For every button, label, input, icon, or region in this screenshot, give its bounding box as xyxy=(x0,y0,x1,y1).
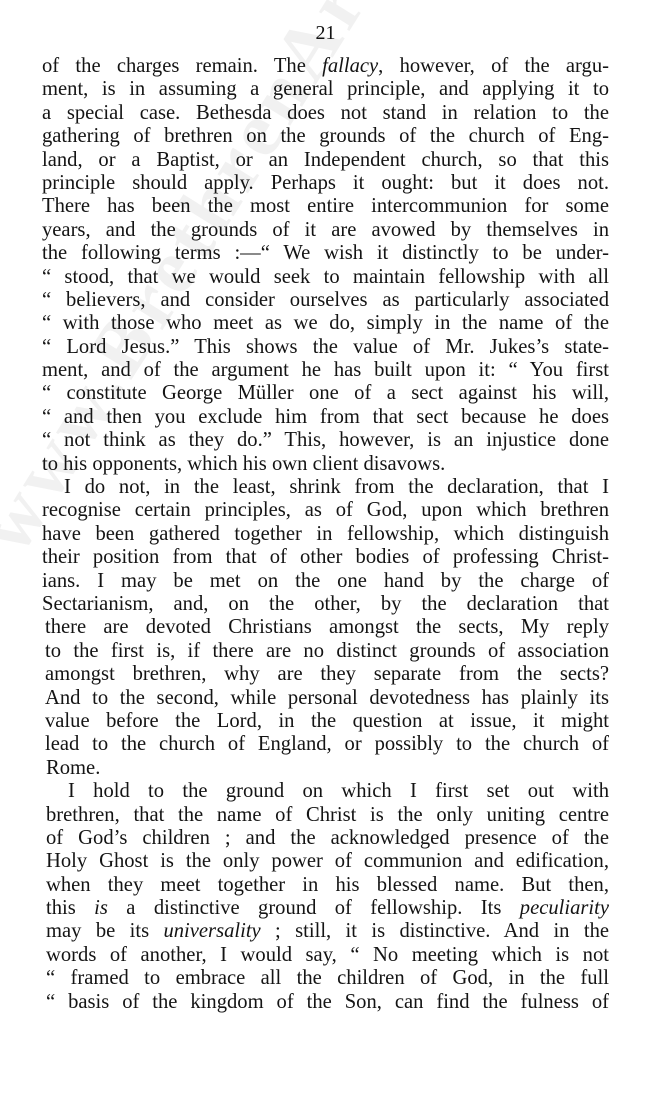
text-run: ians. I may be met on the one hand by th… xyxy=(42,570,609,592)
text-line: of the charges remain. The fallacy, howe… xyxy=(42,55,609,78)
text-run: There has been the most entire intercomm… xyxy=(42,195,609,217)
text-run: have been gathered together in fellowshi… xyxy=(42,523,609,545)
text-run: to the first is, if there are no distinc… xyxy=(45,640,609,662)
text-run: , however, of the argu- xyxy=(378,55,609,77)
text-run: of the charges remain. The xyxy=(42,55,322,77)
text-run: there are devoted Christians amongst the… xyxy=(45,616,609,638)
text-run: years, and the grounds of it are avowed … xyxy=(42,219,609,241)
text-line: words of another, I would say, “ No meet… xyxy=(46,944,609,967)
text-line: recognise certain principles, as of God,… xyxy=(42,499,609,522)
text-run: “ Lord Jesus.” This shows the value of M… xyxy=(42,336,609,358)
italic-text: is xyxy=(94,897,108,919)
text-run: the following terms :—“ We wish it disti… xyxy=(42,242,609,264)
text-run: Sectarianism, and, on the other, by the … xyxy=(42,593,609,615)
text-run: of God’s children ; and the acknowledged… xyxy=(46,827,609,849)
text-line: land, or a Baptist, or an Independent ch… xyxy=(42,149,609,172)
text-run: “ and then you exclude him from that sec… xyxy=(42,406,609,428)
text-run: And to the second, while personal devote… xyxy=(45,687,609,709)
text-line: amongst brethren, why are they separate … xyxy=(45,663,609,686)
text-line: ment, is in assuming a general principle… xyxy=(42,78,609,101)
text-run: principle should apply. Perhaps it ought… xyxy=(42,172,609,194)
page-number: 21 xyxy=(42,18,609,48)
text-line: Rome. xyxy=(46,757,609,780)
text-line: their position from that of other bodies… xyxy=(42,546,609,569)
text-line: brethren, that the name of Christ is the… xyxy=(46,804,609,827)
text-line: to his opponents, which his own client d… xyxy=(42,453,609,476)
text-line: the following terms :—“ We wish it disti… xyxy=(42,242,609,265)
text-line: lead to the church of England, or possib… xyxy=(45,733,609,756)
text-line: Sectarianism, and, on the other, by the … xyxy=(42,593,609,616)
text-run: words of another, I would say, “ No meet… xyxy=(46,944,609,966)
text-line: when they meet together in his blessed n… xyxy=(46,874,609,897)
text-line: “ believers, and consider ourselves as p… xyxy=(42,289,609,312)
text-run: “ with those who meet as we do, simply i… xyxy=(42,312,609,334)
text-line: I do not, in the least, shrink from the … xyxy=(42,476,609,499)
text-line: to the first is, if there are no distinc… xyxy=(45,640,609,663)
text-line: “ constitute George Müller one of a sect… xyxy=(42,382,609,405)
text-run: I hold to the ground on which I first se… xyxy=(68,780,609,802)
text-run: “ constitute George Müller one of a sect… xyxy=(42,382,609,404)
text-run: Holy Ghost is the only power of communio… xyxy=(46,850,609,872)
text-run: ment, and of the argument he has built u… xyxy=(42,359,609,381)
text-line: have been gathered together in fellowshi… xyxy=(42,523,609,546)
text-run: a special case. Bethesda does not stand … xyxy=(42,102,609,124)
text-run: gathering of brethren on the grounds of … xyxy=(42,125,609,147)
text-run: this xyxy=(46,897,94,919)
text-line: value before the Lord, in the question a… xyxy=(45,710,609,733)
text-run: value before the Lord, in the question a… xyxy=(45,710,609,732)
text-line: And to the second, while personal devote… xyxy=(45,687,609,710)
text-run: to his opponents, which his own client d… xyxy=(42,453,445,475)
body-text: of the charges remain. The fallacy, howe… xyxy=(42,55,609,1014)
text-line: of God’s children ; and the acknowledged… xyxy=(46,827,609,850)
text-run: Rome. xyxy=(46,757,100,779)
text-run: “ believers, and consider ourselves as p… xyxy=(42,289,609,311)
text-run: brethren, that the name of Christ is the… xyxy=(46,804,609,826)
text-run: I do not, in the least, shrink from the … xyxy=(64,476,609,498)
text-line: this is a distinctive ground of fellowsh… xyxy=(46,897,609,920)
text-line: “ not think as they do.” This, however, … xyxy=(42,429,609,452)
text-run: may be its xyxy=(46,920,163,942)
text-line: ians. I may be met on the one hand by th… xyxy=(42,570,609,593)
text-line: “ with those who meet as we do, simply i… xyxy=(42,312,609,335)
text-line: a special case. Bethesda does not stand … xyxy=(42,102,609,125)
text-line: “ framed to embrace all the children of … xyxy=(46,967,609,990)
text-line: “ and then you exclude him from that sec… xyxy=(42,406,609,429)
italic-text: universality xyxy=(163,920,260,942)
text-run: “ not think as they do.” This, however, … xyxy=(42,429,609,451)
text-run: “ framed to embrace all the children of … xyxy=(46,967,609,989)
text-line: There has been the most entire intercomm… xyxy=(42,195,609,218)
text-line: Holy Ghost is the only power of communio… xyxy=(46,850,609,873)
text-run: land, or a Baptist, or an Independent ch… xyxy=(42,149,609,171)
text-run: ; still, it is distinctive. And in the xyxy=(261,920,609,942)
text-run: lead to the church of England, or possib… xyxy=(45,733,609,755)
text-line: ment, and of the argument he has built u… xyxy=(42,359,609,382)
text-line: gathering of brethren on the grounds of … xyxy=(42,125,609,148)
text-run: a distinctive ground of fellowship. Its xyxy=(108,897,520,919)
text-line: “ basis of the kingdom of the Son, can f… xyxy=(46,991,609,1014)
text-line: may be its universality ; still, it is d… xyxy=(46,920,609,943)
text-run: ment, is in assuming a general principle… xyxy=(42,78,609,100)
text-run: “ stood, that we would seek to maintain … xyxy=(42,266,609,288)
text-run: recognise certain principles, as of God,… xyxy=(42,499,609,521)
text-line: principle should apply. Perhaps it ought… xyxy=(42,172,609,195)
text-line: there are devoted Christians amongst the… xyxy=(45,616,609,639)
text-run: their position from that of other bodies… xyxy=(42,546,609,568)
text-line: “ stood, that we would seek to maintain … xyxy=(42,266,609,289)
text-run: when they meet together in his blessed n… xyxy=(46,874,609,896)
text-run: “ basis of the kingdom of the Son, can f… xyxy=(46,991,609,1013)
italic-text: peculiarity xyxy=(520,897,609,919)
text-line: I hold to the ground on which I first se… xyxy=(46,780,609,803)
document-page: 21 of the charges remain. The fallacy, h… xyxy=(42,0,609,1014)
text-run: amongst brethren, why are they separate … xyxy=(45,663,609,685)
text-line: years, and the grounds of it are avowed … xyxy=(42,219,609,242)
italic-text: fallacy xyxy=(322,55,378,77)
text-line: “ Lord Jesus.” This shows the value of M… xyxy=(42,336,609,359)
